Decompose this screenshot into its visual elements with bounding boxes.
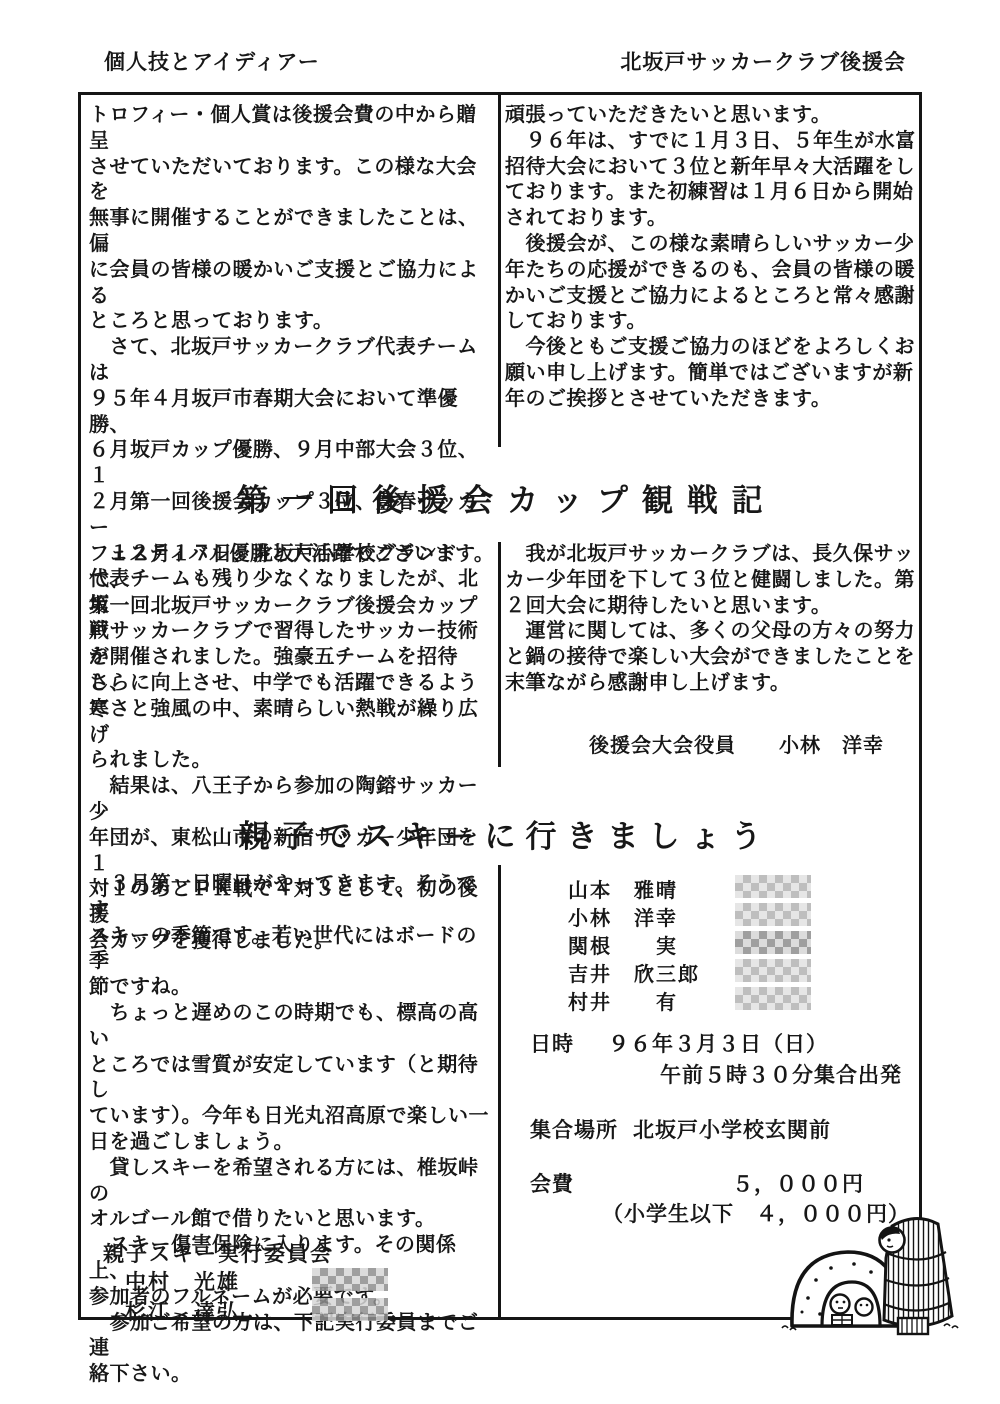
meeting-place-value: 北坂戸小学校玄関前 [633,1114,831,1144]
article2-signature-name: 小林 洋幸 [779,729,884,758]
event-datetime-label: 日時 [530,1028,574,1058]
column-divider [498,865,501,1317]
contact-name: 関根 実 [568,930,678,959]
document-border-box: トロフィー・個人賞は後援会費の中から贈呈 させていただいております。この様な大会… [78,92,922,1320]
masthead: 個人技とアイディアー 北坂戸サッカークラブ後援会 [104,46,906,76]
article1-right-column: 頑張っていただきたいと思います。 ９６年は、すでに１月３日、５年生が水富 招待大… [505,102,917,412]
redacted-phone-mosaic [735,959,811,982]
article2-section-title: 第一回後援会カップ観戦記 [81,475,919,520]
article2-signature-role: 後援会大会役員 [589,729,736,758]
redacted-phone-mosaic [735,987,811,1010]
event-datetime-value: ９６年３月３日（日） [608,1028,828,1058]
snow-hut-illustration [776,1188,966,1343]
column-divider [498,95,501,447]
committee-member-name: 中村 光雄 [125,1266,240,1296]
contact-name: 山本 雅晴 [568,874,678,903]
redacted-phone-mosaic [735,931,811,954]
committee-member-name: 杉江 達弘 [125,1296,240,1326]
contact-name: 吉井 欣三郎 [568,958,700,987]
masthead-right-title: 北坂戸サッカークラブ後援会 [620,46,906,76]
column-divider [498,542,501,767]
committee-heading: 親子スキー実行委員会 [103,1238,333,1268]
contact-name: 小林 洋幸 [568,902,678,931]
fee-label: 会費 [530,1168,574,1198]
masthead-left-title: 個人技とアイディアー [104,46,320,76]
article2-right-column: 我が北坂戸サッカークラブは、長久保サッ カー少年団を下して３位と健闘しました。第… [505,541,917,696]
redacted-phone-mosaic [312,1298,388,1321]
meeting-place-label: 集合場所 [530,1114,618,1144]
redacted-phone-mosaic [735,903,811,926]
redacted-phone-mosaic [735,875,811,898]
scanned-newsletter-page: 個人技とアイディアー 北坂戸サッカークラブ後援会 トロフィー・個人賞は後援会費の… [0,0,1000,1404]
article3-section-title: 親子でスキーに行きましょう [81,811,919,856]
contact-name: 村井 有 [568,986,678,1015]
event-datetime-value2: 午前５時３０分集合出発 [660,1059,902,1089]
redacted-phone-mosaic [312,1268,388,1291]
